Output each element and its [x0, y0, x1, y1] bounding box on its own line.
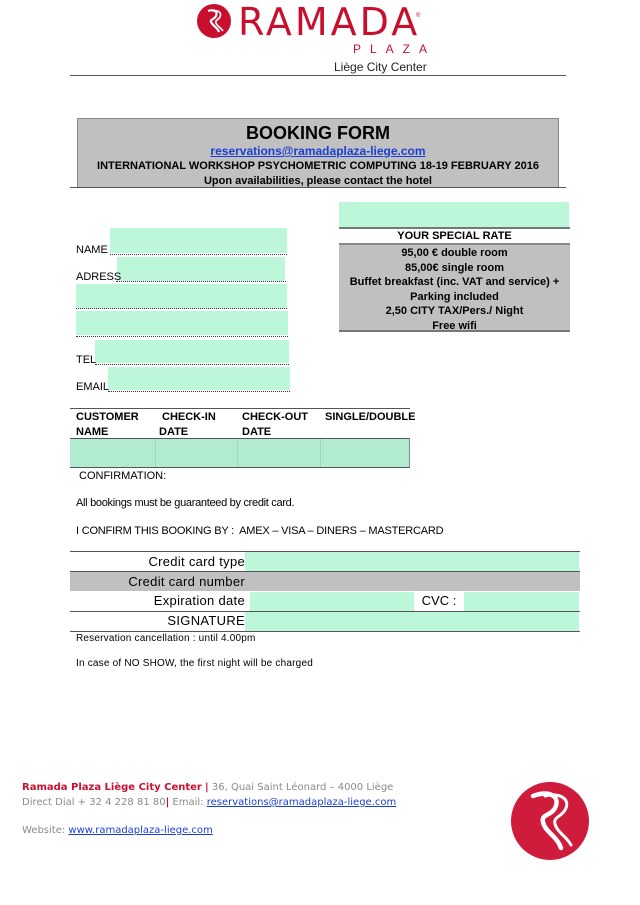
email-input[interactable]	[108, 367, 290, 390]
footer-address: 36, Quai Saint Léonard – 4000 Liège	[209, 782, 394, 793]
address-input-1[interactable]	[117, 257, 285, 281]
no-show-text: In case of NO SHOW, the first night will…	[76, 658, 313, 670]
cancellation-text: Reservation cancellation : until 4.00pm	[76, 633, 256, 645]
footer-website-label: Website:	[22, 825, 68, 836]
rate-divider-bottom	[339, 330, 570, 332]
tel-label: TEL	[76, 354, 96, 366]
banner-email-link[interactable]: reservations@ramadaplaza-liege.com	[78, 144, 558, 159]
column-header-check-out: CHECK-OUT DATE	[242, 410, 308, 440]
address-input-3[interactable]	[76, 311, 288, 335]
signature-label: SIGNATURE	[70, 612, 245, 629]
rate-line: 95,00 € double room	[339, 246, 570, 261]
guarantee-text: All bookings must be guaranteed by credi…	[76, 497, 294, 510]
footer-hotel-name: Ramada Plaza Liège City Center	[22, 782, 202, 793]
column-header-check-in: CHECK-IN DATE	[159, 410, 216, 440]
name-input[interactable]	[110, 228, 287, 253]
address-underline-3	[76, 336, 288, 337]
table-cell-divider	[155, 439, 156, 467]
cc-divider	[70, 631, 580, 632]
email-label: EMAIL	[76, 381, 109, 393]
ramada-footer-logo-icon	[511, 782, 589, 860]
booking-banner: BOOKING FORM reservations@ramadaplaza-li…	[77, 118, 559, 188]
confirm-by-text: I CONFIRM THIS BOOKING BY : AMEX – VISA …	[76, 525, 443, 538]
signature-input[interactable]	[245, 612, 579, 631]
column-header-single-double: SINGLE/DOUBLE	[325, 410, 415, 425]
table-cell-divider	[237, 439, 238, 467]
rate-line: 2,50 CITY TAX/Pers./ Night	[339, 304, 570, 319]
tel-underline	[95, 364, 289, 365]
header-divider	[70, 75, 566, 76]
address-input-2[interactable]	[76, 284, 287, 308]
address-underline-2	[76, 308, 287, 309]
tel-input[interactable]	[95, 340, 289, 363]
cvc-input[interactable]	[464, 592, 579, 611]
rate-line: 85,00€ single room	[339, 261, 570, 276]
footer-direct-dial: Direct Dial + 32 4 228 81 80	[22, 797, 166, 808]
special-rate-heading: YOUR SPECIAL RATE	[339, 229, 570, 243]
cvc-label: CVC :	[414, 592, 464, 609]
email-underline	[108, 391, 290, 392]
brand-sub: PLAZA	[353, 42, 436, 56]
credit-card-type-label: Credit card type	[70, 553, 245, 570]
table-top-border	[70, 408, 410, 409]
address-underline-1	[116, 281, 286, 282]
footer-address-line: Ramada Plaza Liège City Center | 36, Qua…	[22, 781, 393, 795]
name-underline	[110, 254, 287, 255]
column-header-customer-name: CUSTOMER NAME	[76, 410, 139, 440]
confirmation-label: CONFIRMATION:	[79, 470, 166, 483]
footer-website-link[interactable]: www.ramadaplaza-liege.com	[68, 825, 212, 836]
name-label: NAME	[76, 244, 108, 256]
footer-email-label: Email:	[169, 797, 206, 808]
table-cell-divider	[320, 439, 321, 467]
footer-email-link[interactable]: reservations@ramadaplaza-liege.com	[207, 797, 397, 808]
credit-card-number-label: Credit card number	[70, 573, 245, 590]
registered-mark: ®	[416, 13, 420, 19]
address-label: ADRESS	[76, 271, 121, 283]
event-title: INTERNATIONAL WORKSHOP PSYCHOMETRIC COMP…	[78, 159, 558, 174]
ramada-logo-icon	[197, 4, 231, 38]
rate-line: Parking included	[339, 290, 570, 305]
brand-location: Liège City Center	[334, 60, 427, 74]
footer-contact-line: Direct Dial + 32 4 228 81 80| Email: res…	[22, 796, 396, 810]
credit-card-type-input[interactable]	[245, 552, 579, 571]
table-row[interactable]	[70, 438, 410, 468]
expiration-date-label: Expiration date	[70, 592, 245, 609]
banner-divider	[70, 187, 566, 188]
special-rate-input[interactable]	[339, 202, 569, 227]
expiration-date-input[interactable]	[250, 592, 414, 611]
special-rate-details: 95,00 € double room 85,00€ single room B…	[339, 245, 570, 330]
page-title: BOOKING FORM	[78, 122, 558, 144]
footer-website-line: Website: www.ramadaplaza-liege.com	[22, 824, 213, 838]
rate-line: Buffet breakfast (inc. VAT and service) …	[339, 275, 570, 290]
brand-name: RAMADA	[238, 0, 420, 44]
